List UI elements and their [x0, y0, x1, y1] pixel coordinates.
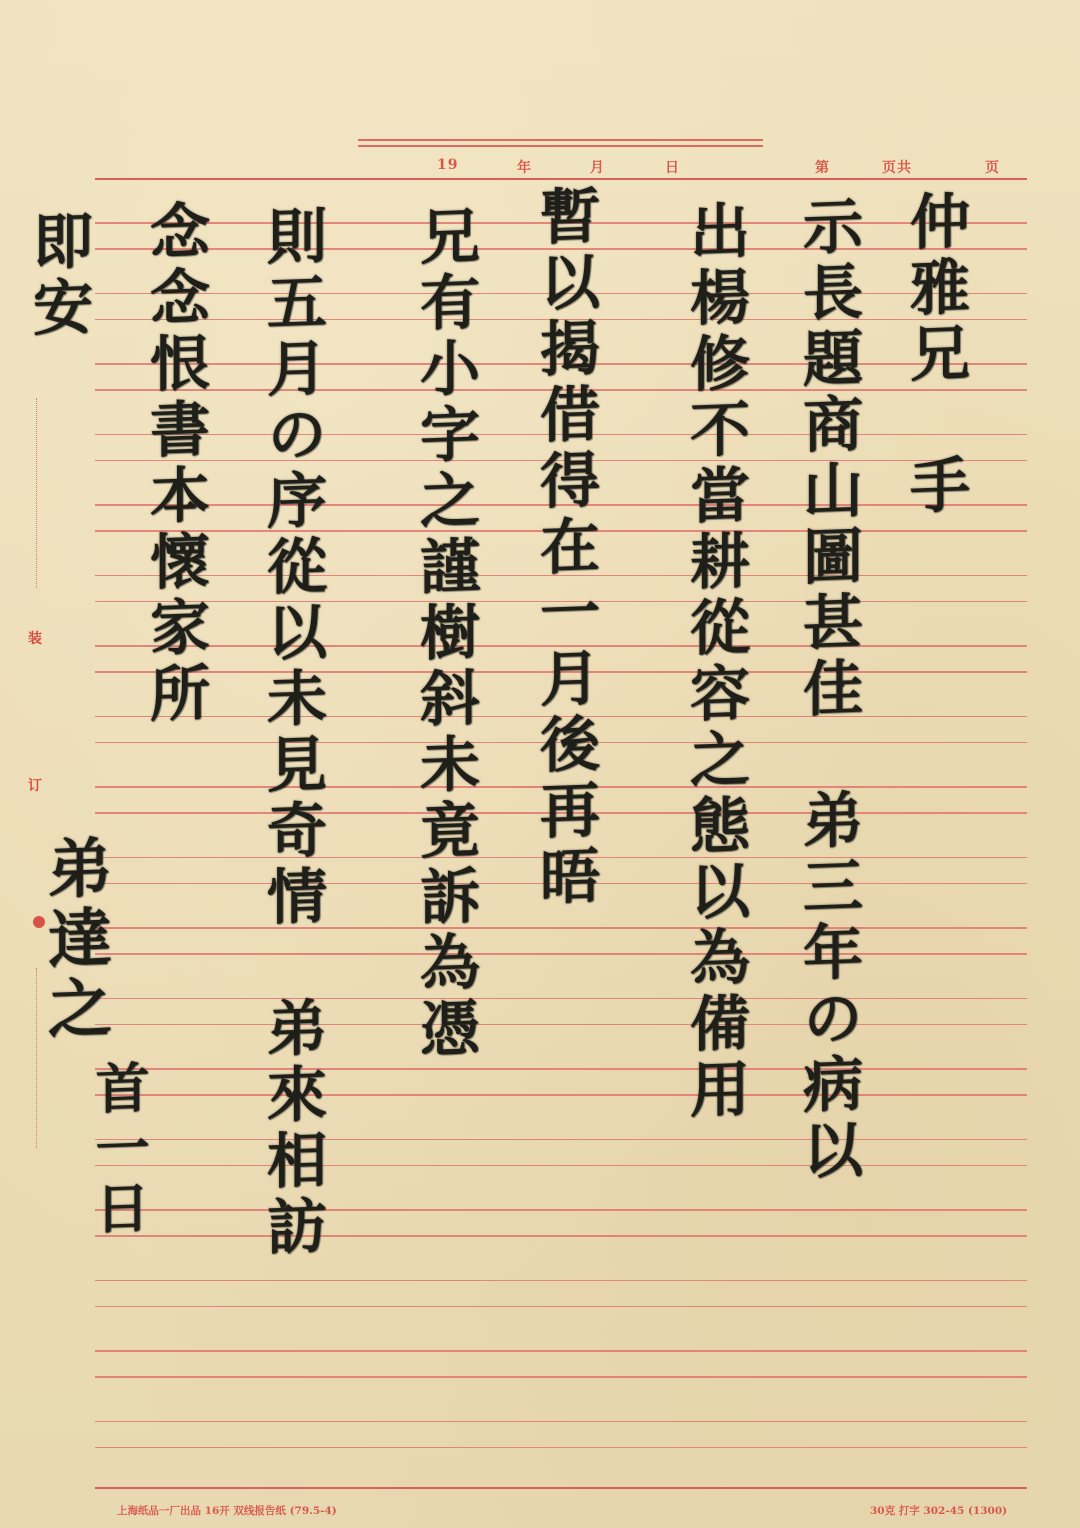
header-day-label: 日 — [665, 157, 680, 177]
ruled-line — [95, 1024, 1027, 1026]
ruled-line — [95, 1165, 1027, 1167]
header-double-line-top — [358, 139, 763, 141]
header-year-label: 年 — [517, 157, 532, 177]
letter-column-5: 兄有小字之謹樹斜未竟訴為憑 — [415, 204, 475, 1064]
header-rule — [95, 178, 1027, 180]
ruled-line — [95, 953, 1027, 955]
letter-column-8-closing: 即安 — [28, 209, 88, 343]
ruled-line — [95, 927, 1027, 929]
header-page-label-total: 页共 — [882, 157, 912, 177]
ruled-line — [95, 1139, 1027, 1141]
signature-date: 首一日 — [92, 1059, 146, 1241]
footer-rule — [95, 1487, 1027, 1489]
signature-name: 弟達之 — [42, 834, 106, 1046]
binding-char-ding: 订 — [28, 775, 42, 795]
header-page-label-number: 第 — [815, 157, 830, 177]
ruled-line — [95, 1280, 1027, 1282]
footer-publisher-text: 上海纸品一厂出品 16开 双线报告纸 (79.5-4) — [117, 1503, 337, 1518]
letter-column-4: 暫以揭借得在一月後再晤 — [535, 184, 595, 912]
footer-spec-text: 30克 打字 302-45 (1300) — [870, 1503, 1007, 1518]
report-paper-sheet: 19 年 月 日 第 页共 页 上海纸品一厂出品 16开 双线报告纸 (79.5… — [0, 0, 1080, 1528]
letter-column-6: 則五月の序從以未見奇情 弟來相訪 — [262, 204, 322, 1262]
header-page-label-end: 页 — [985, 157, 1000, 177]
ruled-line — [95, 1421, 1027, 1423]
binding-char-zhuang: 装 — [28, 628, 42, 648]
header-year-prefix: 19 — [437, 157, 458, 173]
ruled-line — [95, 1235, 1027, 1237]
letter-column-2: 示長題商山圖甚佳 弟三年の病以 — [798, 194, 858, 1186]
header-month-label: 月 — [590, 157, 605, 177]
ruled-line — [95, 1068, 1027, 1070]
ruled-line — [95, 1209, 1027, 1211]
ruled-line — [95, 1350, 1027, 1352]
letter-column-7: 念念恨書本懷家所 — [145, 199, 205, 729]
binding-dotted-line-top — [36, 398, 37, 588]
ruled-line — [95, 1376, 1027, 1378]
letter-column-1-salutation: 仲雅兄 手 — [905, 189, 965, 521]
ruled-line — [95, 1447, 1027, 1449]
ruled-line — [95, 1094, 1027, 1096]
letter-column-3: 出楊修不當耕從容之態以為備用 — [685, 199, 745, 1125]
ruled-line — [95, 998, 1027, 1000]
ruled-line — [95, 1306, 1027, 1308]
header-double-line-bottom — [358, 145, 763, 147]
